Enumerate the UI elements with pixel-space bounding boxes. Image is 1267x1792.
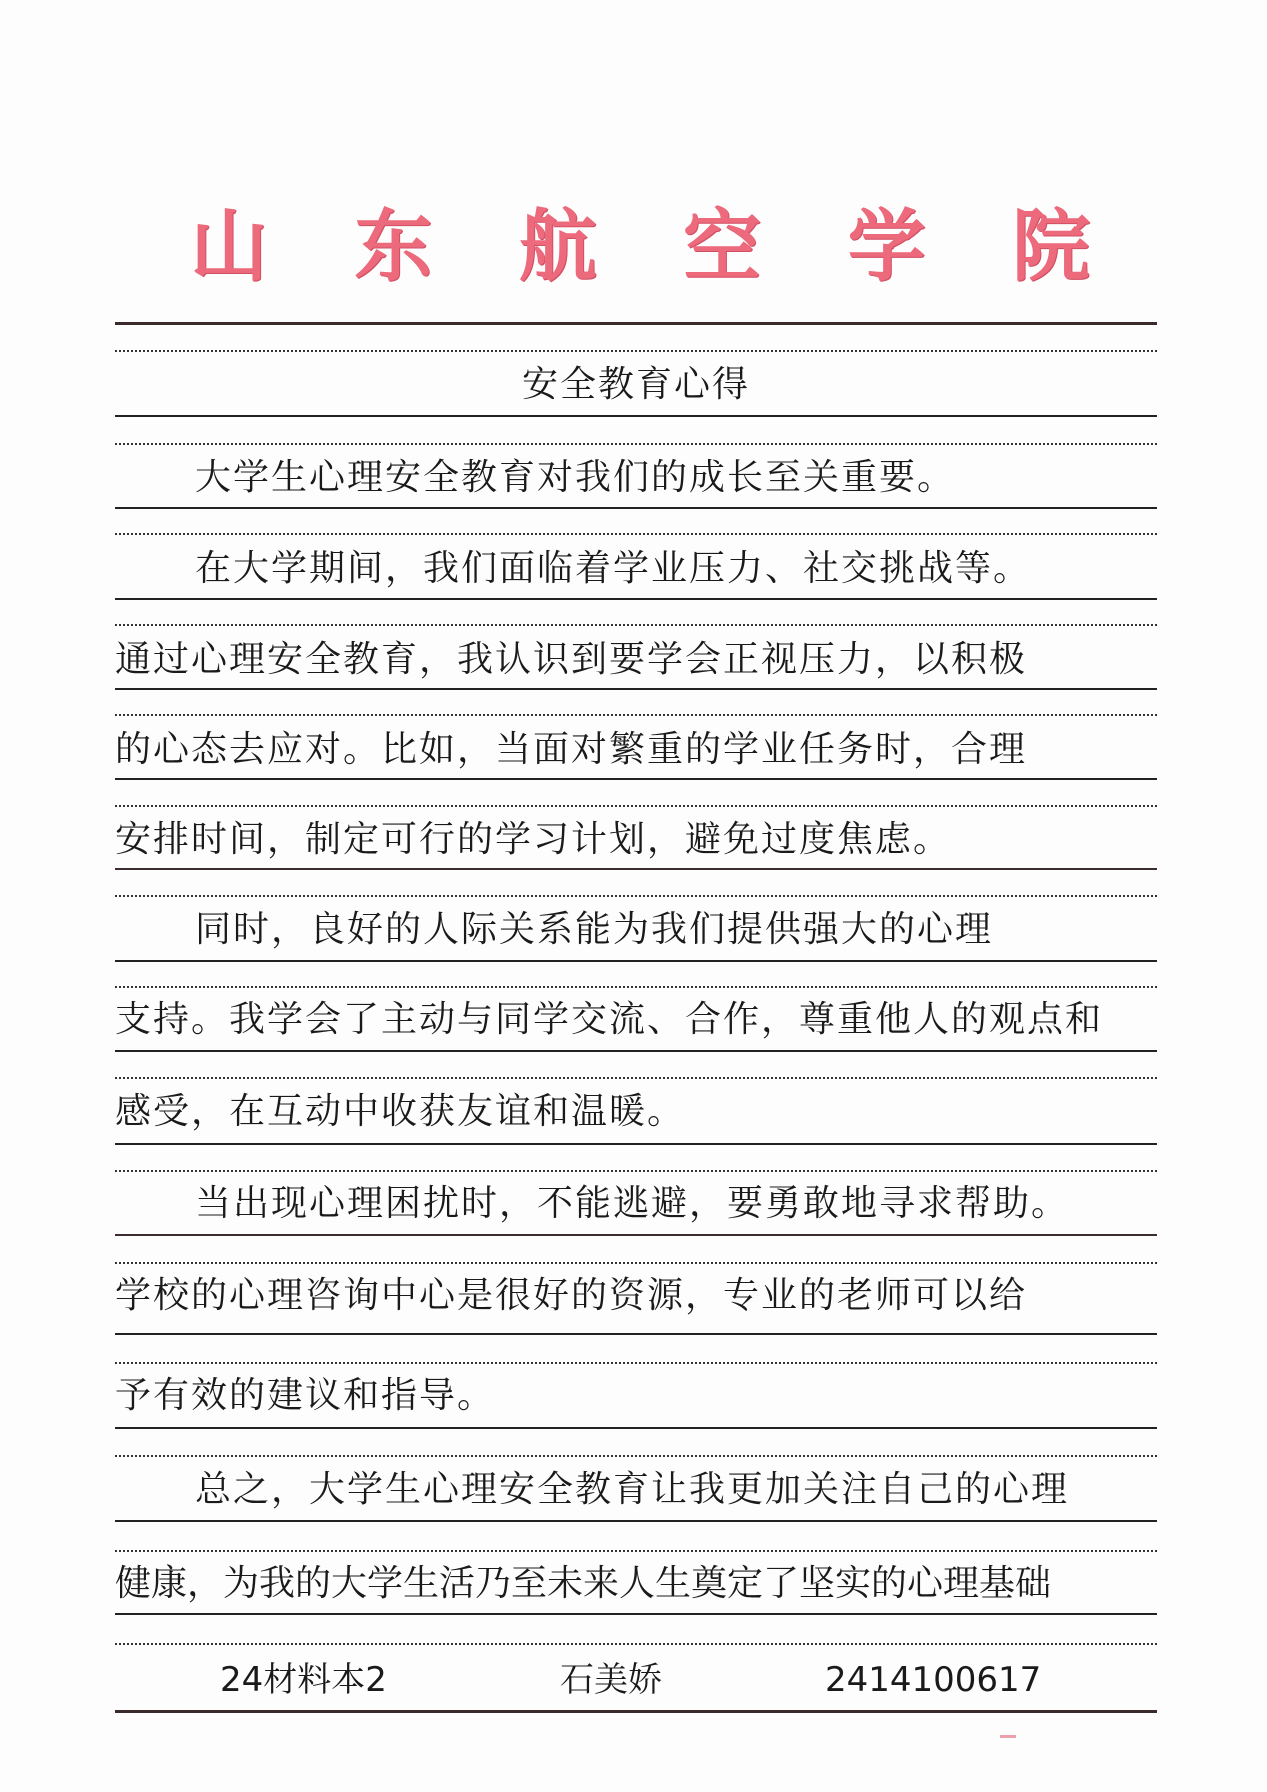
dotted-guide-line	[115, 895, 1157, 897]
essay-line: 安排时间，制定可行的学习计划，避免过度焦虑。	[115, 810, 1185, 870]
essay-line: 健康，为我的大学生活乃至未来人生奠定了坚实的心理基础	[115, 1554, 1185, 1614]
student-class: 24材料本2	[220, 1652, 387, 1708]
ruled-line	[115, 1050, 1157, 1052]
header-char: 航	[519, 184, 597, 296]
dotted-guide-line	[115, 1455, 1157, 1457]
dotted-guide-line	[115, 624, 1157, 626]
ruled-line	[115, 1143, 1157, 1145]
ruled-line	[115, 960, 1157, 962]
header-char: 学	[848, 184, 926, 296]
ruled-line	[115, 1613, 1157, 1615]
header-char: 空	[683, 184, 761, 296]
header-divider	[115, 322, 1157, 325]
dotted-guide-line	[115, 805, 1157, 807]
essay-line: 在大学期间，我们面临着学业压力、社交挑战等。	[115, 539, 1185, 599]
essay-line: 大学生心理安全教育对我们的成长至关重要。	[115, 448, 1185, 508]
dotted-guide-line	[115, 443, 1157, 445]
dotted-guide-line	[115, 986, 1157, 988]
ruled-line	[115, 778, 1157, 780]
ruled-line	[115, 1427, 1157, 1429]
ruled-line	[115, 1333, 1157, 1335]
dotted-guide-line	[115, 1362, 1157, 1364]
header-char: 东	[354, 184, 432, 296]
essay-line: 总之，大学生心理安全教育让我更加关注自己的心理	[115, 1460, 1185, 1520]
dotted-guide-line	[115, 1170, 1157, 1172]
handwritten-essay-page: 山 东 航 空 学 院 安全教育心得 大学生心理安全教育对我们的成长至关重要。 …	[0, 0, 1267, 1792]
ruled-line	[115, 415, 1157, 417]
ruled-line	[115, 1520, 1157, 1522]
dotted-guide-line	[115, 1643, 1157, 1645]
student-name: 石美娇	[560, 1652, 662, 1708]
essay-title: 安全教育心得	[115, 355, 1157, 415]
essay-line: 感受，在互动中收获友谊和温暖。	[115, 1082, 1185, 1142]
ruled-line	[115, 688, 1157, 690]
essay-line: 支持。我学会了主动与同学交流、合作，尊重他人的观点和	[115, 990, 1185, 1050]
header-char: 院	[1012, 184, 1090, 296]
ruled-line	[115, 868, 1157, 870]
dotted-guide-line	[115, 1550, 1157, 1552]
header-char: 山	[190, 184, 268, 296]
ruled-line	[115, 598, 1157, 600]
signature-rule	[115, 1710, 1157, 1713]
dotted-guide-line	[115, 350, 1157, 352]
essay-line: 的心态去应对。比如，当面对繁重的学业任务时，合理	[115, 720, 1185, 780]
essay-line: 同时，良好的人际关系能为我们提供强大的心理	[115, 900, 1185, 960]
essay-line: 通过心理安全教育，我认识到要学会正视压力，以积极	[115, 630, 1185, 690]
stray-ink-mark	[1000, 1735, 1016, 1738]
ruled-line	[115, 507, 1157, 509]
student-id: 2414100617	[825, 1652, 1041, 1708]
essay-line: 予有效的建议和指导。	[115, 1366, 1185, 1426]
institution-header: 山 东 航 空 学 院	[190, 190, 1090, 290]
dotted-guide-line	[115, 1262, 1157, 1264]
ruled-line	[115, 1234, 1157, 1236]
dotted-guide-line	[115, 1077, 1157, 1079]
dotted-guide-line	[115, 533, 1157, 535]
essay-line: 当出现心理困扰时，不能逃避，要勇敢地寻求帮助。	[115, 1174, 1185, 1234]
dotted-guide-line	[115, 714, 1157, 716]
essay-line: 学校的心理咨询中心是很好的资源，专业的老师可以给	[115, 1266, 1185, 1326]
